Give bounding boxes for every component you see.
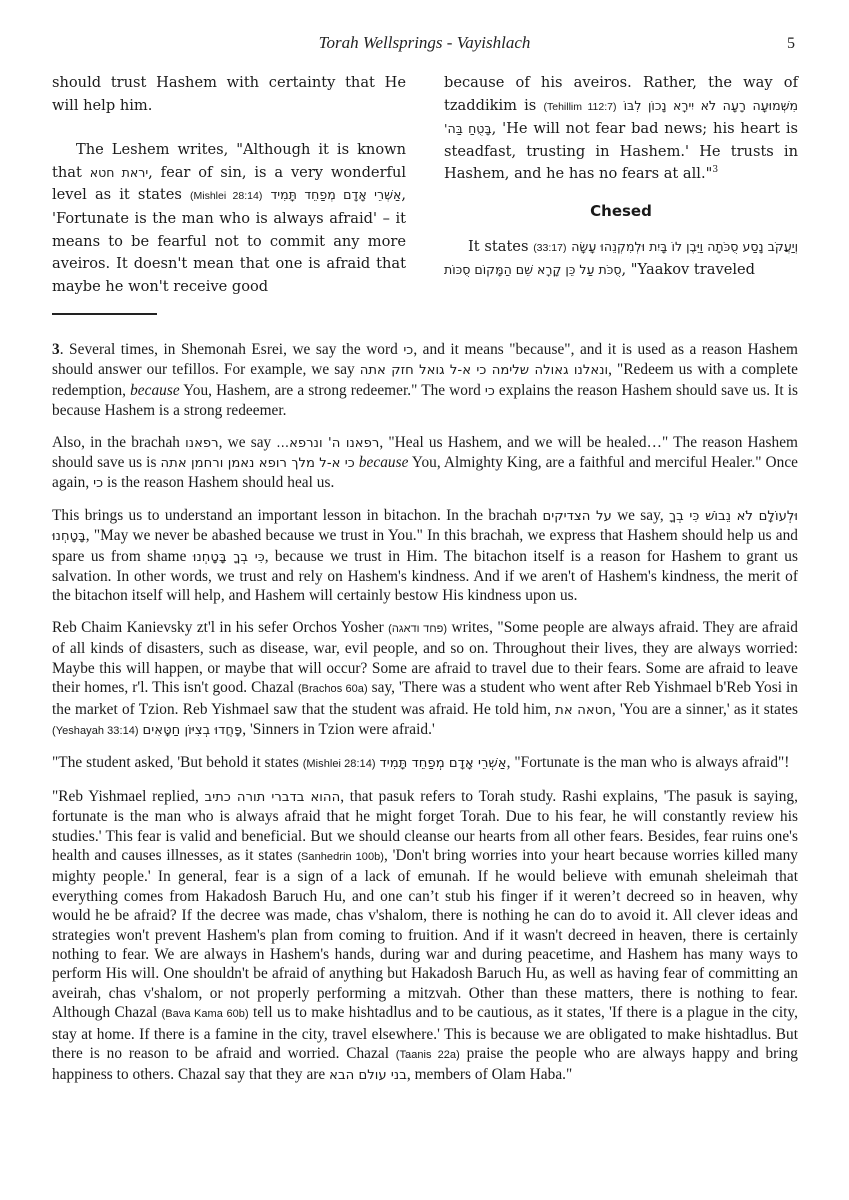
section-heading: Chesed [444,200,798,223]
document-page: Torah Wellsprings - Vayishlach 5 should … [0,0,849,1200]
text: Reb Chaim Kanievsky zt'l in his sefer Or… [52,619,388,636]
hebrew-text: כי א-ל מלך רופא נאמן ורחמן אתה [161,456,355,471]
right-column: because of his aveiros. Rather, the way … [444,72,798,282]
hebrew-text: רפאנו ה' ונרפא... [276,436,379,451]
hebrew-text: פָּחֲדוּ בְצִיּוֹן חַטָּאִים [143,723,243,738]
text: Also, in the brachah [52,434,185,451]
source-citation: (Bava Kama 60b) [162,1008,249,1020]
text: we say, [612,507,669,524]
text: "Reb Yishmael replied, [52,788,205,805]
emphasis: because [130,382,180,399]
paragraph: The Leshem writes, "Although it is known… [52,139,406,298]
footnote-separator [52,313,157,315]
hebrew-text: חטאה את [555,703,612,718]
text: This brings us to understand an importan… [52,507,543,524]
paragraph: It states (33:17) וְיַעֲקֹב נָסַע סֻכֹּת… [444,236,798,282]
source-citation: (Sanhedrin 100b) [297,851,384,863]
text: , 'Don't bring worries into your heart b… [52,847,798,1021]
hebrew-text: כי [485,384,495,399]
hebrew-text: יראת חטא [90,165,148,180]
footnote-number: 3 [52,341,60,358]
text: , "Fortunate is the man who is always af… [507,754,790,771]
text: , 'He will not fear bad news; his heart … [444,120,798,182]
hebrew-text: ונאלנו גאולה שלימה כי א-ל גואל חזק אתה [360,363,608,378]
text: . Several times, in Shemonah Esrei, we s… [60,341,404,358]
text: You, Hashem, are a strong redeemer." The… [180,382,485,399]
text: , 'You are a sinner,' as it states [612,701,798,718]
footnote-paragraph: This brings us to understand an importan… [52,506,798,606]
footnote-paragraph: Also, in the brachah רפאנו, we say רפאנו… [52,433,798,494]
footnote-paragraph: "The student asked, 'But behold it state… [52,753,798,774]
hebrew-text: כי [403,343,413,358]
source-citation: (פחד ודאגה) [388,623,447,635]
text: , we say [219,434,277,451]
source-citation: (Mishlei 28:14) [303,758,376,770]
hebrew-text: בני עולם הבא [329,1068,407,1083]
source-citation: (Taanis 22a) [396,1049,460,1061]
text: , members of Olam Haba." [407,1066,572,1083]
text: is the reason Hashem should heal us. [103,474,334,491]
hebrew-text: כי [93,476,103,491]
running-title: Torah Wellsprings - Vayishlach [0,33,849,53]
source-citation: (Brachos 60a) [298,683,368,695]
emphasis: because [359,454,409,471]
hebrew-text: אַשְׁרֵי אָדָם מְפַחֵד תָּמִיד [270,187,401,202]
source-citation: (Mishlei 28:14) [190,190,262,202]
page-number: 5 [787,35,795,53]
footnote-reference[interactable]: 3 [712,166,718,176]
paragraph: should trust Hashem with certainty that … [52,72,406,117]
hebrew-text: על הצדיקים [543,509,612,524]
footnote-paragraph: 3. Several times, in Shemonah Esrei, we … [52,340,798,421]
hebrew-text: רפאנו [185,436,219,451]
footnote-paragraph: Reb Chaim Kanievsky zt'l in his sefer Or… [52,618,798,741]
source-citation: (Yeshayah 33:14) [52,725,139,737]
text: , 'Sinners in Tzion were afraid.' [242,721,435,738]
hebrew-text: אַשְׁרֵי אָדָם מְפַחֵד תָּמִיד [379,756,506,771]
footnote-paragraph: "Reb Yishmael replied, ההוא בדברי תורה כ… [52,787,798,1086]
left-column: should trust Hashem with certainty that … [52,72,406,298]
source-citation: (Tehillim 112:7) [543,101,616,113]
paragraph: because of his aveiros. Rather, the way … [444,72,798,186]
source-citation: (33:17) [533,242,566,254]
paragraph-gap [52,117,406,139]
footnotes-section: 3. Several times, in Shemonah Esrei, we … [52,340,798,1098]
hebrew-text: ההוא בדברי תורה כתיב [205,790,341,805]
text: , "Yaakov traveled [622,261,755,278]
text: "The student asked, 'But behold it state… [52,754,303,771]
text: It states [468,238,533,255]
hebrew-text: כִּי בְךָ בָּטָחְנוּ [193,550,265,565]
